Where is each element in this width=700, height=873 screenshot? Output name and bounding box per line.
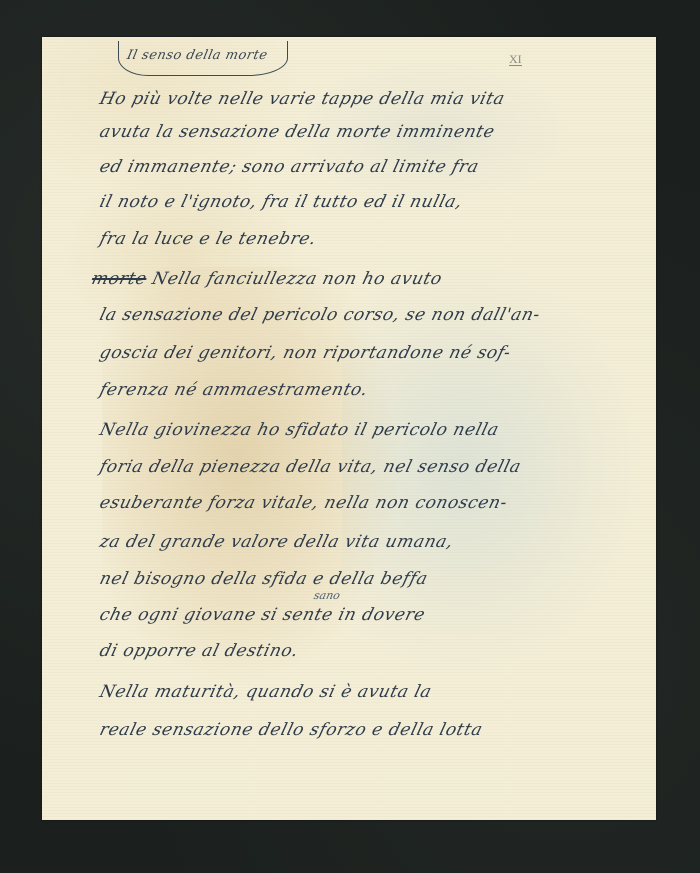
- text-line: Nella maturità, quando si è avuta la: [98, 682, 434, 702]
- text-line-with-strike: morte Nella fanciullezza non ho avuto: [90, 269, 445, 289]
- manuscript-page: Il senso della morte XI Ho più volte nel…: [42, 37, 656, 820]
- text-line: ed immanente; sono arrivato al limite fr…: [98, 157, 482, 177]
- text-line: di opporre al destino.: [98, 641, 301, 661]
- text-line: ferenza né ammaestramento.: [98, 380, 371, 400]
- text-line: il noto e l'ignoto, fra il tutto ed il n…: [98, 192, 465, 212]
- text-line: foria della pienezza della vita, nel sen…: [98, 457, 524, 477]
- text-line: esuberante forza vitale, nella non conos…: [98, 493, 510, 513]
- text-line: avuta la sensazione della morte imminent…: [98, 122, 497, 142]
- text-line: nel bisogno della sfida e della beffa: [98, 569, 431, 589]
- document-title: Il senso della morte: [124, 41, 271, 71]
- text-line: Nella fanciullezza non ho avuto: [150, 269, 444, 289]
- circled-title: Il senso della morte: [118, 41, 288, 76]
- text-line: Nella giovinezza ho sfidato il pericolo …: [98, 420, 502, 440]
- text-line: reale sensazione dello sforzo e della lo…: [98, 720, 485, 740]
- struck-word: morte: [90, 269, 149, 289]
- interlinear-insertion: sano: [313, 589, 342, 602]
- text-line: che ogni giovane si sente in dovere: [98, 605, 428, 625]
- page-marker: XI: [509, 53, 522, 66]
- text-line: fra la luce e le tenebre.: [98, 229, 319, 249]
- text-line: za del grande valore della vita umana,: [98, 532, 456, 552]
- paper-stain: [62, 157, 302, 357]
- text-line: Ho più volte nelle varie tappe della mia…: [98, 89, 507, 109]
- text-line: goscia dei genitori, non riportandone né…: [98, 343, 513, 363]
- text-line: la sensazione del pericolo corso, se non…: [98, 305, 543, 325]
